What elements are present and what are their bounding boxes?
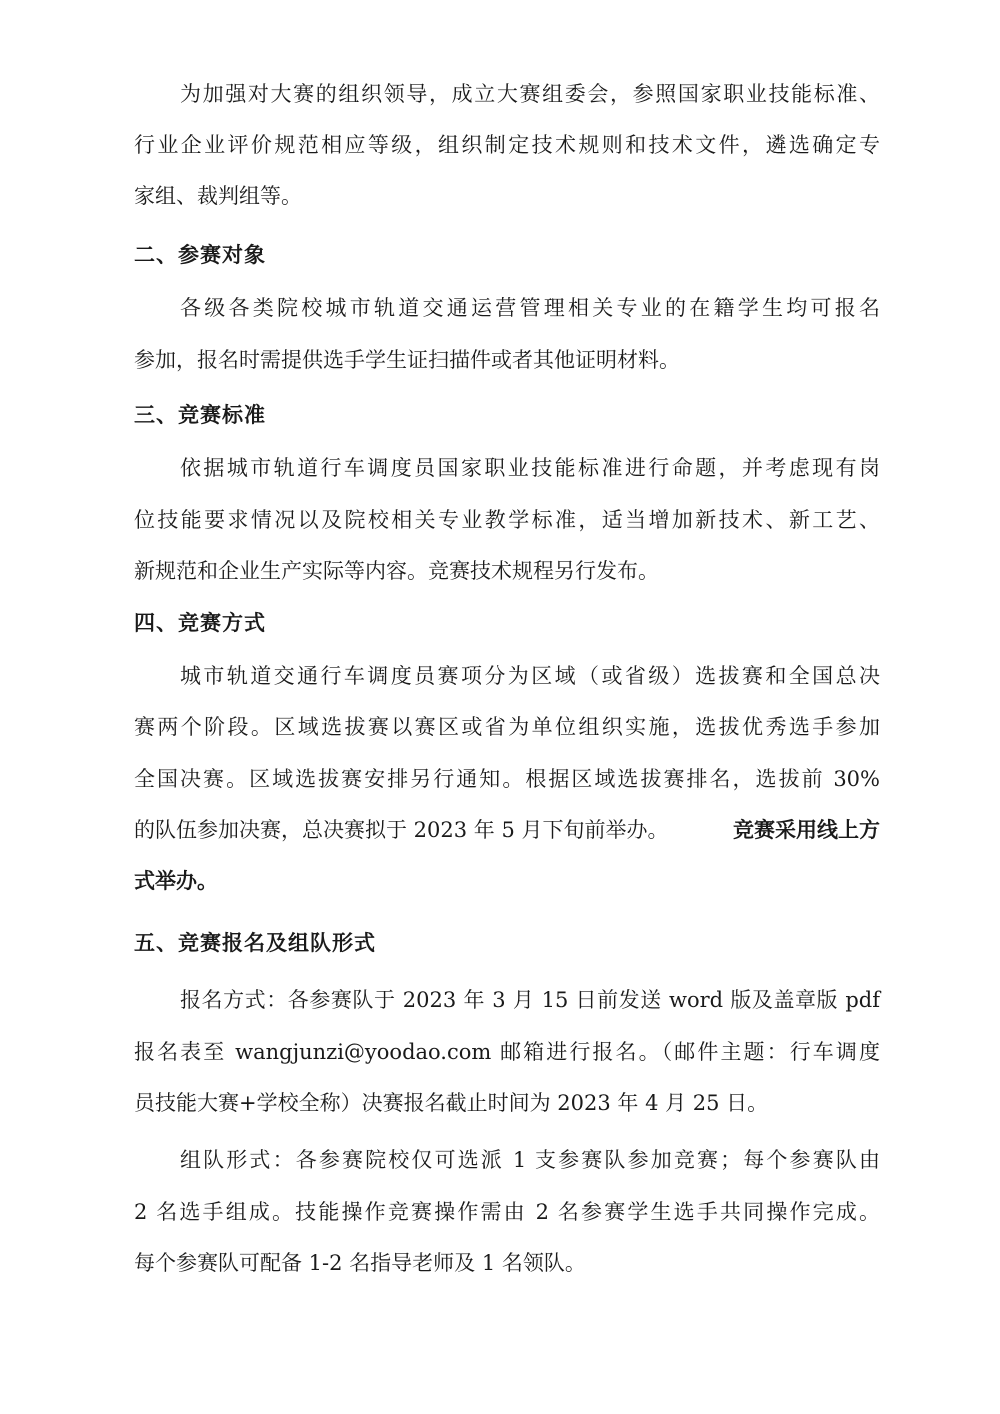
section-heading-format: 四、竞赛方式: [134, 608, 266, 638]
format-line-4-regular: 的队伍参加决赛，总决赛拟于 2023 年 5 月下旬前举办。: [134, 815, 669, 845]
format-line-1: 城市轨道交通行车调度员赛项分为区域（或省级）选拔赛和全国总决: [180, 661, 880, 691]
format-line-4-bold: 竞赛采用线上方: [733, 815, 880, 845]
team-line-3: 每个参赛队可配备 1-2 名指导老师及 1 名领队。: [134, 1248, 880, 1278]
registration-line-1: 报名方式：各参赛队于 2023 年 3 月 15 日前发送 word 版及盖章版…: [180, 985, 880, 1015]
format-line-3: 全国决赛。区域选拔赛安排另行通知。根据区域选拔赛排名，选拔前 30%: [134, 764, 880, 794]
team-line-2: 2 名选手组成。技能操作竞赛操作需由 2 名参赛学生选手共同操作完成。: [134, 1197, 880, 1227]
format-line-2: 赛两个阶段。区域选拔赛以赛区或省为单位组织实施，选拔优秀选手参加: [134, 712, 880, 742]
registration-line-3: 员技能大赛+学校全称）决赛报名截止时间为 2023 年 4 月 25 日。: [134, 1088, 880, 1118]
intro-line-3: 家组、裁判组等。: [134, 181, 880, 211]
standards-line-2: 位技能要求情况以及院校相关专业教学标准，适当增加新技术、新工艺、: [134, 505, 880, 535]
registration-line-2: 报名表至 wangjunzi@yoodao.com 邮箱进行报名。（邮件主题：行…: [134, 1037, 880, 1067]
intro-line-2: 行业企业评价规范相应等级，组织制定技术规则和技术文件，遴选确定专: [134, 130, 880, 160]
format-line-5-bold: 式举办。: [134, 866, 880, 896]
standards-line-3: 新规范和企业生产实际等内容。竞赛技术规程另行发布。: [134, 556, 880, 586]
participants-line-1: 各级各类院校城市轨道交通运营管理相关专业的在籍学生均可报名: [180, 293, 880, 323]
format-line-4: 的队伍参加决赛，总决赛拟于 2023 年 5 月下旬前举办。竞赛采用线上方: [134, 815, 880, 845]
section-heading-standards: 三、竞赛标准: [134, 400, 266, 430]
document-page: 为加强对大赛的组织领导，成立大赛组委会，参照国家职业技能标准、 行业企业评价规范…: [0, 0, 1000, 1414]
standards-line-1: 依据城市轨道行车调度员国家职业技能标准进行命题，并考虑现有岗: [180, 453, 880, 483]
team-line-1: 组队形式：各参赛院校仅可选派 1 支参赛队参加竞赛；每个参赛队由: [180, 1145, 880, 1175]
section-heading-participants: 二、参赛对象: [134, 240, 266, 270]
intro-line-1: 为加强对大赛的组织领导，成立大赛组委会，参照国家职业技能标准、: [180, 79, 880, 109]
section-heading-registration: 五、竞赛报名及组队形式: [134, 928, 376, 958]
participants-line-2: 参加，报名时需提供选手学生证扫描件或者其他证明材料。: [134, 345, 880, 375]
